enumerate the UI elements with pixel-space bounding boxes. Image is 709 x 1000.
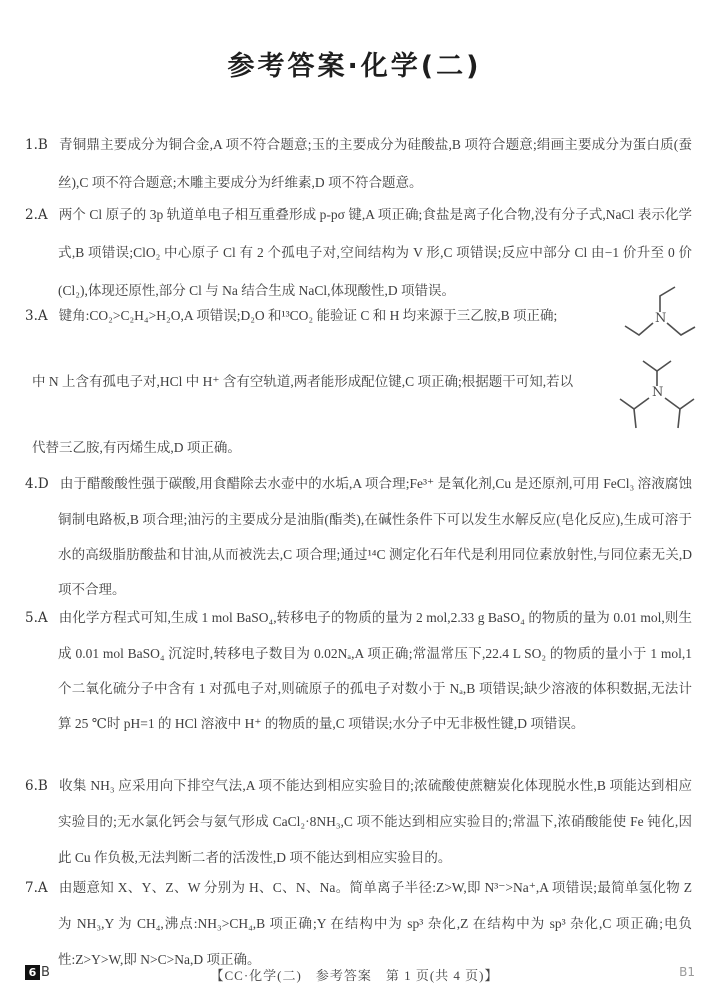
footer-right-mark: B1	[679, 965, 695, 979]
answer-6-text: 收集 NH₃ 应采用向下排空气法,A 项不能达到相应实验目的;浓硫酸使蔗糖炭化体…	[58, 778, 692, 865]
answer-4: 4.D由于醋酸酸性强于碳酸,用食醋除去水壶中的水垢,A 项合理;Fe³⁺ 是氧化…	[25, 466, 692, 607]
answer-1-number: 1.B	[25, 137, 48, 153]
footer-center-text: 【CC·化学(二) 参考答案 第 1 页(共 4 页)】	[0, 965, 709, 984]
answer-1-text: 青铜鼎主要成分为铜合金,A 项不符合题意;玉的主要成分为硅酸盐,B 项符合题意;…	[58, 137, 692, 190]
footer-section-label: B	[41, 965, 50, 980]
answer-4-text: 由于醋酸酸性强于碳酸,用食醋除去水壶中的水垢,A 项合理;Fe³⁺ 是氧化剂,C…	[58, 476, 692, 597]
answer-3-line-1: 3.A键角:CO₂>C₂H₄>H₂O,A 项错误;D₂O 和¹³CO₂ 能验证 …	[25, 302, 609, 368]
answer-5-number: 5.A	[25, 610, 48, 626]
answer-2: 2.A两个 Cl 原子的 3p 轨道单电子相互重叠形成 p-pσ 键,A 项正确…	[25, 196, 692, 310]
answer-1: 1.B青铜鼎主要成分为铜合金,A 项不符合题意;玉的主要成分为硅酸盐,B 项符合…	[25, 126, 692, 202]
answer-7-number: 7.A	[25, 880, 48, 896]
answer-5: 5.A由化学方程式可知,生成 1 mol BaSO₄,转移电子的物质的量为 2 …	[25, 600, 692, 741]
answer-5-text: 由化学方程式可知,生成 1 mol BaSO₄,转移电子的物质的量为 2 mol…	[58, 610, 692, 731]
answer-3-line-2: 中 N 上含有孤电子对,HCl 中 H⁺ 含有空轨道,两者能形成配位键,C 项正…	[25, 368, 609, 434]
answer-4-number: 4.D	[25, 476, 49, 492]
answer-3-number: 3.A	[25, 308, 48, 324]
answer-6: 6.B收集 NH₃ 应采用向下排空气法,A 项不能达到相应实验目的;浓硫酸使蔗糖…	[25, 768, 692, 876]
nitrogen-label: N	[652, 385, 663, 400]
answer-sheet-page: 参考答案·化学(二) 1.B青铜鼎主要成分为铜合金,A 项不符合题意;玉的主要成…	[0, 0, 709, 1000]
triisopropylamine-structure-icon: N	[610, 352, 704, 440]
answer-7: 7.A由题意知 X、Y、Z、W 分别为 H、C、N、Na。简单离子半径:Z>W,…	[25, 870, 692, 978]
page-footer: 【CC·化学(二) 参考答案 第 1 页(共 4 页)】 6B B1	[0, 963, 709, 989]
footer-section-box: 6	[25, 965, 40, 980]
answer-3-text-2: 中 N 上含有孤电子对,HCl 中 H⁺ 含有空轨道,两者能形成配位键,C 项正…	[32, 374, 573, 389]
page-title: 参考答案·化学(二)	[0, 44, 709, 83]
answer-6-number: 6.B	[25, 778, 48, 794]
triethylamine-structure-icon: N	[618, 284, 702, 350]
nitrogen-label: N	[655, 311, 666, 326]
answer-3-text-3: 代替三乙胺,有丙烯生成,D 项正确。	[32, 440, 241, 455]
answer-2-number: 2.A	[25, 207, 48, 223]
answer-3-text-1: 键角:CO₂>C₂H₄>H₂O,A 项错误;D₂O 和¹³CO₂ 能验证 C 和…	[59, 308, 558, 323]
answer-7-text: 由题意知 X、Y、Z、W 分别为 H、C、N、Na。简单离子半径:Z>W,即 N…	[58, 880, 692, 967]
answer-2-text: 两个 Cl 原子的 3p 轨道单电子相互重叠形成 p-pσ 键,A 项正确;食盐…	[58, 207, 692, 298]
footer-section-mark: 6B	[25, 965, 50, 980]
